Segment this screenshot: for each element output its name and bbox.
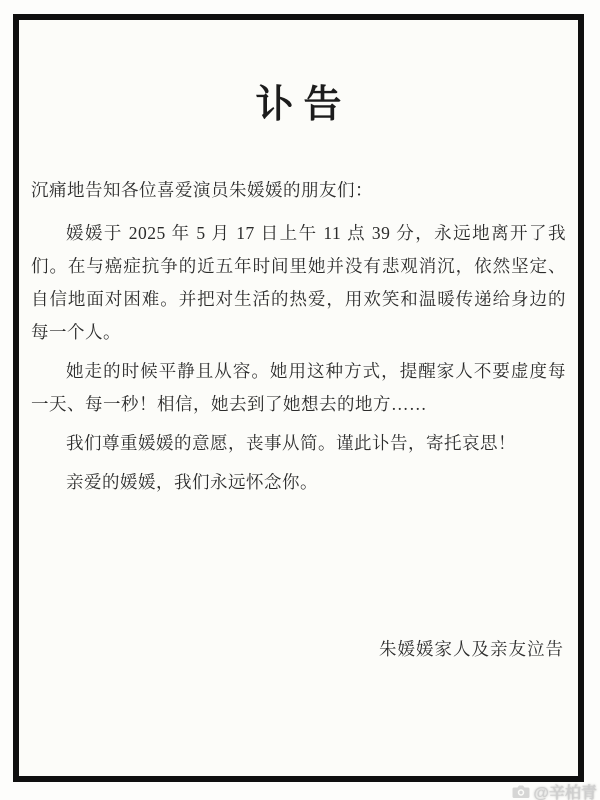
weibo-watermark: @辛柏青 <box>512 780 597 800</box>
obituary-page: 讣告 沉痛地告知各位喜爱演员朱媛媛的朋友们： 媛媛于 2025 年 5 月 17… <box>0 0 600 800</box>
body-paragraph: 我们尊重媛媛的意愿，丧事从简。谨此讣告，寄托哀思！ <box>31 427 566 460</box>
watermark-username: @辛柏青 <box>533 780 597 800</box>
signature-line: 朱媛媛家人及亲友泣告 <box>31 637 564 661</box>
document-content: 讣告 沉痛地告知各位喜爱演员朱媛媛的朋友们： 媛媛于 2025 年 5 月 17… <box>19 20 578 776</box>
page-title: 讣告 <box>31 82 566 128</box>
document-frame: 讣告 沉痛地告知各位喜爱演员朱媛媛的朋友们： 媛媛于 2025 年 5 月 17… <box>13 14 584 782</box>
body-paragraph: 媛媛于 2025 年 5 月 17 日上午 11 点 39 分，永远地离开了我们… <box>31 217 566 349</box>
body-paragraph: 她走的时候平静且从容。她用这种方式，提醒家人不要虚度每一天、每一秒！相信，她去到… <box>31 355 566 421</box>
camera-icon <box>512 784 530 799</box>
body-paragraph: 亲爱的媛媛，我们永远怀念你。 <box>31 466 566 499</box>
salutation-line: 沉痛地告知各位喜爱演员朱媛媛的朋友们： <box>31 174 566 207</box>
